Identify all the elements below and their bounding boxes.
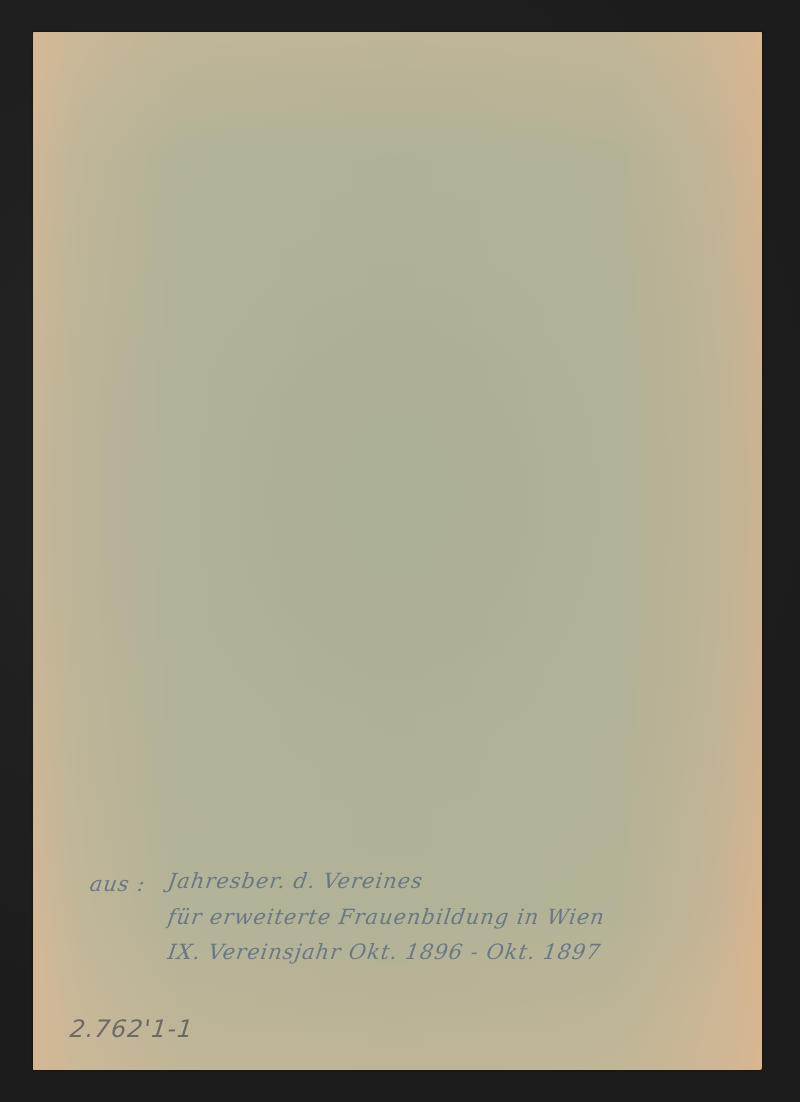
document-page: aus : Jahresber. d. Vereines für erweite… <box>33 32 762 1070</box>
call-number: 2.762'1-1 <box>69 1015 195 1043</box>
source-label: aus : <box>88 872 147 896</box>
source-line-3: IX. Vereinsjahr Okt. 1896 - Okt. 1897 <box>166 940 602 964</box>
source-line-2: für erweiterte Frauenbildung in Wien <box>166 905 606 929</box>
source-line-1: Jahresber. d. Vereines <box>166 869 424 893</box>
